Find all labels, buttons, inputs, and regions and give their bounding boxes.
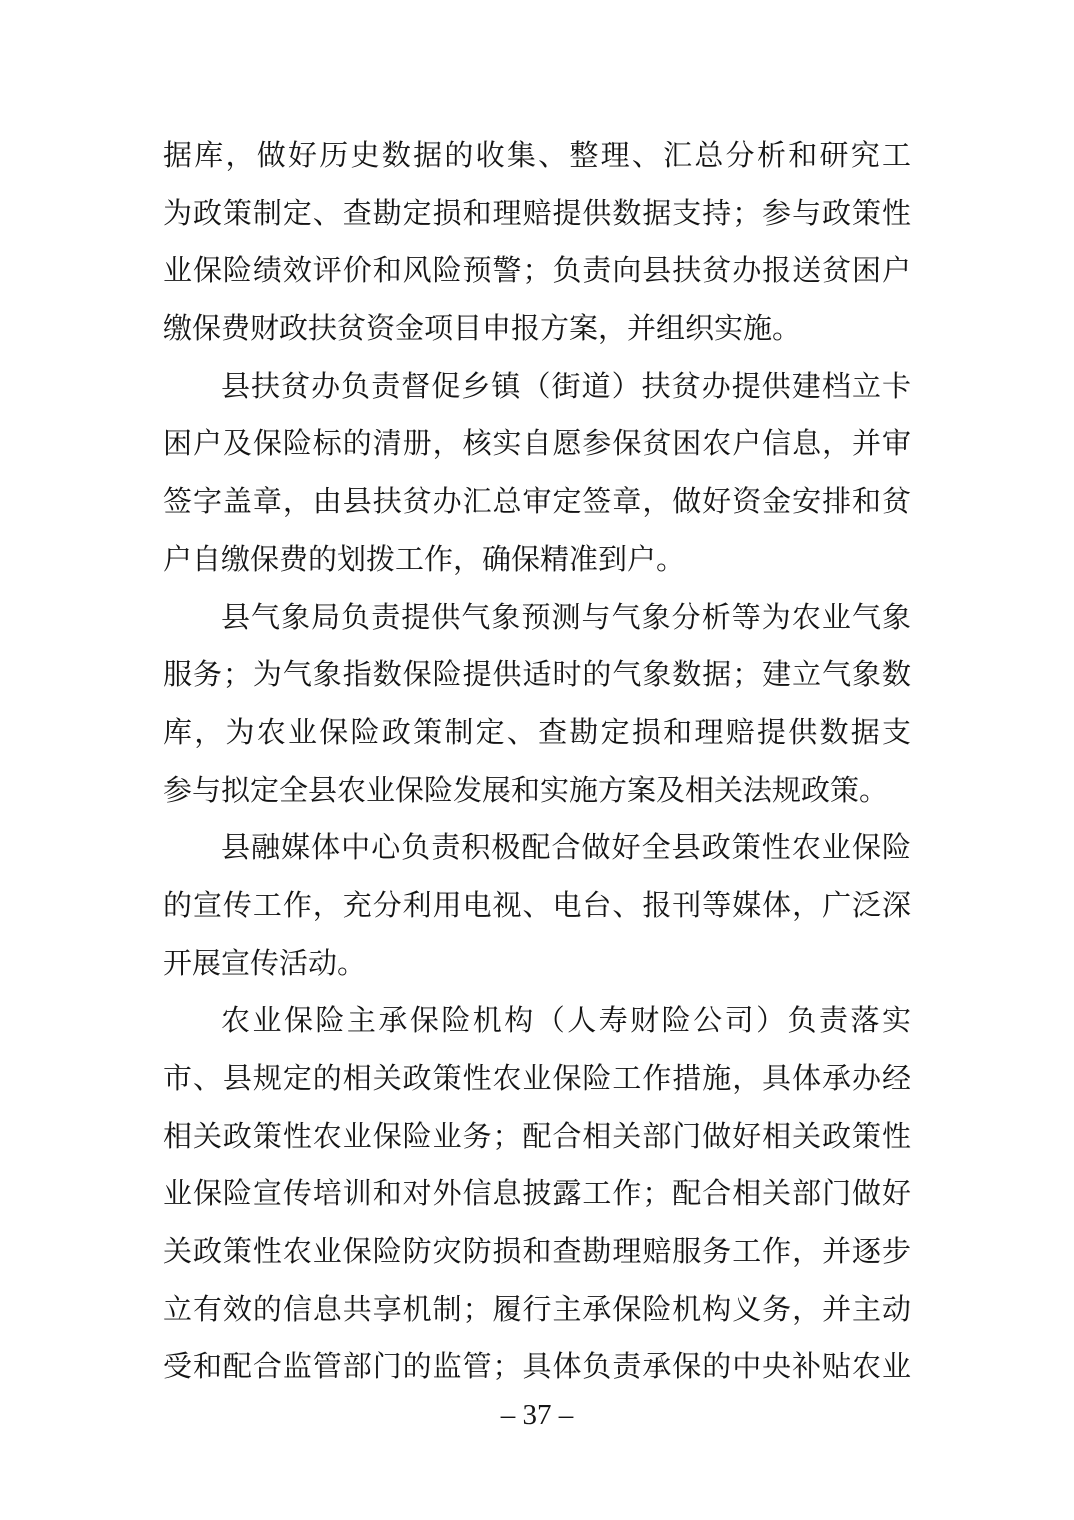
text-line: 参与拟定全县农业保险发展和实施方案及相关法规政策。 — [163, 763, 911, 821]
text-line: 农业保险主承保险机构（人寿财险公司）负责落实省、 — [163, 993, 911, 1051]
text-line: 为政策制定、查勘定损和理赔提供数据支持；参与政策性农 — [163, 186, 911, 244]
text-line: 据库，做好历史数据的收集、整理、汇总分析和研究工作， — [163, 128, 911, 186]
text-line: 立有效的信息共享机制；履行主承保险机构义务，并主动接 — [163, 1282, 911, 1340]
text-line: 关政策性农业保险防灾防损和查勘理赔服务工作，并逐步建 — [163, 1224, 911, 1282]
text-line: 县气象局负责提供气象预测与气象分析等为农业气象 — [163, 590, 911, 648]
text-line: 市、县规定的相关政策性农业保险工作措施，具体承办经营 — [163, 1051, 911, 1109]
text-line: 服务；为气象指数保险提供适时的气象数据；建立气象数据 — [163, 647, 911, 705]
text-line: 县扶贫办负责督促乡镇（街道）扶贫办提供建档立卡贫 — [163, 359, 911, 417]
text-line: 签字盖章，由县扶贫办汇总审定签章，做好资金安排和贫困 — [163, 474, 911, 532]
text-line: 开展宣传活动。 — [163, 936, 911, 994]
text-line: 县融媒体中心负责积极配合做好全县政策性农业保险 — [163, 820, 911, 878]
text-line: 相关政策性农业保险业务；配合相关部门做好相关政策性农 — [163, 1109, 911, 1167]
text-line: 户自缴保费的划拨工作，确保精准到户。 — [163, 532, 911, 590]
text-line: 的宣传工作，充分利用电视、电台、报刊等媒体，广泛深入 — [163, 878, 911, 936]
document-body: 据库，做好历史数据的收集、整理、汇总分析和研究工作，为政策制定、查勘定损和理赔提… — [163, 128, 911, 1397]
text-line: 业保险绩效评价和风险预警；负责向县扶贫办报送贫困户自 — [163, 243, 911, 301]
text-line: 受和配合监管部门的监管；具体负责承保的中央补贴农业保 — [163, 1339, 911, 1397]
text-line: 困户及保险标的清册，核实自愿参保贫困农户信息，并审核 — [163, 416, 911, 474]
page-number: – 37 – — [0, 1398, 1074, 1432]
text-line: 库，为农业保险政策制定、查勘定损和理赔提供数据支持； — [163, 705, 911, 763]
text-line: 业保险宣传培训和对外信息披露工作；配合相关部门做好相 — [163, 1166, 911, 1224]
document-page: 据库，做好历史数据的收集、整理、汇总分析和研究工作，为政策制定、查勘定损和理赔提… — [0, 0, 1074, 1520]
text-line: 缴保费财政扶贫资金项目申报方案，并组织实施。 — [163, 301, 911, 359]
